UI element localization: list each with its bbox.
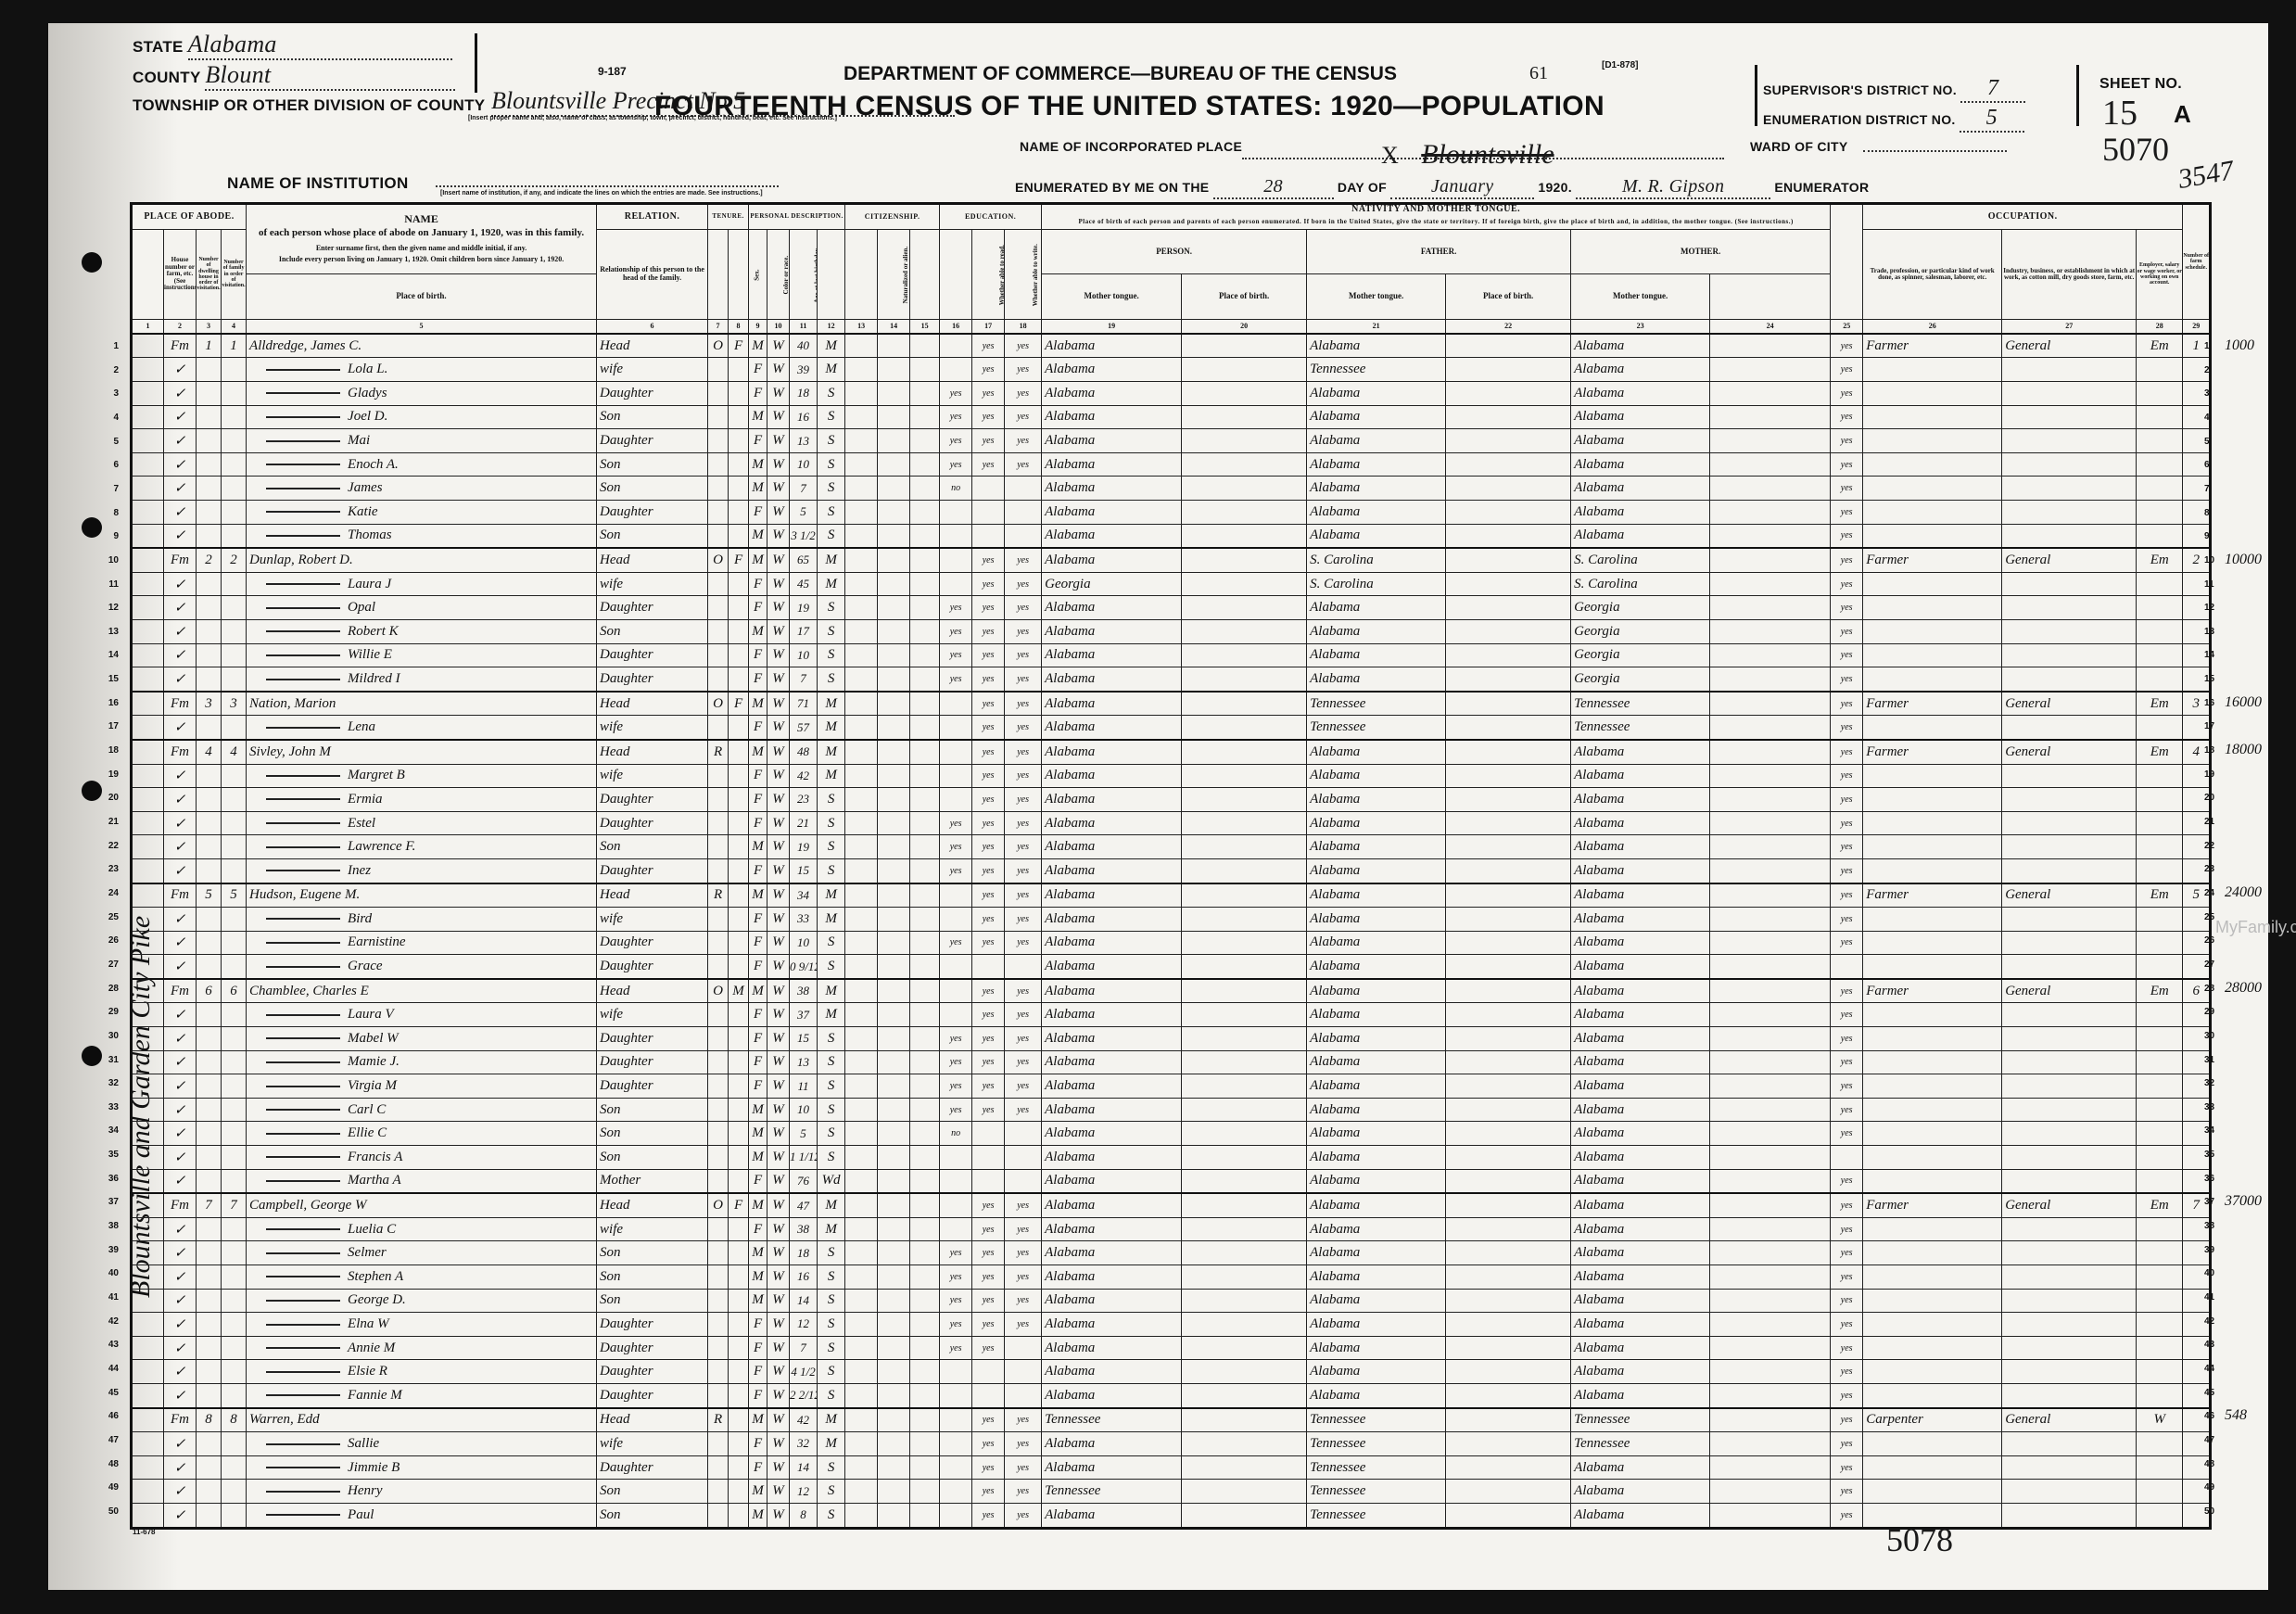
person-birthplace-cell: Alabama — [1042, 1503, 1182, 1528]
name-cell: Francis A — [247, 1146, 597, 1170]
mother-tongue-cell — [1710, 1241, 1831, 1265]
naturalization-year-cell — [910, 858, 940, 883]
home-owned-cell — [708, 1336, 729, 1360]
naturalized-cell — [878, 1503, 910, 1528]
age-cell: 0 9/12 — [790, 955, 818, 979]
industry-cell — [2002, 667, 2137, 692]
col15-header: If naturalized, year of naturalization. — [910, 229, 940, 319]
state-field: STATE Alabama — [133, 31, 480, 60]
person-tongue-cell — [1182, 835, 1307, 859]
marital-status-cell: M — [818, 883, 845, 908]
speak-english-cell: yes — [1831, 716, 1863, 740]
father-tongue-cell — [1446, 619, 1571, 643]
read-cell: yes — [972, 883, 1005, 908]
mother-birthplace-cell: Alabama — [1571, 883, 1710, 908]
employer-class-cell — [2137, 1360, 2183, 1384]
given-name: Sallie — [348, 1436, 379, 1451]
line-number: 33 — [93, 1102, 119, 1112]
industry-cell — [2002, 1455, 2137, 1480]
naturalized-cell — [878, 1122, 910, 1146]
father-tongue-cell — [1446, 524, 1571, 548]
marital-status-cell: S — [818, 931, 845, 955]
sex-cell: F — [749, 501, 767, 525]
street-cell — [132, 835, 164, 859]
write-cell — [1005, 1169, 1042, 1193]
line-number-right: 33 — [2204, 1102, 2214, 1112]
line-number: 38 — [93, 1221, 119, 1231]
house-number-cell: ✓ — [164, 764, 197, 788]
sex-cell: M — [749, 1503, 767, 1528]
name-cell: Lena — [247, 716, 597, 740]
write-cell: yes — [1005, 572, 1042, 596]
mother-birthplace-cell: Alabama — [1571, 1193, 1710, 1217]
father-tongue-cell — [1446, 1217, 1571, 1241]
person-tongue-cell — [1182, 501, 1307, 525]
read-cell: yes — [972, 1289, 1005, 1313]
mother-birthplace-cell: Alabama — [1571, 1146, 1710, 1170]
speak-english-cell: yes — [1831, 1480, 1863, 1504]
age-cell: 48 — [790, 740, 818, 764]
ditto-dash — [266, 1133, 340, 1135]
line-number: 10 — [93, 555, 119, 566]
person-birthplace-cell: Alabama — [1042, 811, 1182, 835]
column-number: 5 — [247, 319, 597, 334]
mortgage-cell — [729, 858, 749, 883]
naturalized-cell — [878, 1265, 910, 1290]
mother-birthplace-cell: Alabama — [1571, 788, 1710, 812]
father-tongue-cell — [1446, 1122, 1571, 1146]
line-number-right: 16 — [2204, 698, 2214, 708]
naturalized-cell — [878, 382, 910, 406]
sex-cell: M — [749, 524, 767, 548]
home-owned-cell — [708, 1050, 729, 1074]
mother-birthplace-cell: Alabama — [1571, 405, 1710, 429]
sex-cell: M — [749, 692, 767, 716]
father-birthplace-cell: Alabama — [1307, 429, 1446, 453]
home-owned-cell — [708, 524, 729, 548]
mother-tongue-cell — [1710, 1169, 1831, 1193]
house-number-cell: ✓ — [164, 477, 197, 501]
naturalization-year-cell — [910, 1432, 940, 1456]
relation-cell: wife — [597, 716, 708, 740]
trade-cell: Farmer — [1863, 883, 2002, 908]
mother-tongue-cell — [1710, 692, 1831, 716]
speak-english-cell: yes — [1831, 1336, 1863, 1360]
home-owned-cell — [708, 716, 729, 740]
family-number-cell — [222, 1050, 247, 1074]
ditto-dash — [266, 1037, 340, 1039]
line-number-right: 3 — [2204, 388, 2210, 399]
dwelling-number-cell — [197, 1480, 222, 1504]
school-cell: yes — [940, 1241, 972, 1265]
employer-class-cell — [2137, 596, 2183, 620]
race-cell: W — [767, 1003, 790, 1027]
employer-class-cell — [2137, 619, 2183, 643]
family-number-cell — [222, 811, 247, 835]
line-number-right: 15 — [2204, 674, 2214, 684]
given-name: Mabel W — [348, 1031, 399, 1046]
ditto-dash — [266, 798, 340, 800]
naturalized-cell — [878, 452, 910, 477]
marital-status-cell: S — [818, 1455, 845, 1480]
mortgage-cell — [729, 1169, 749, 1193]
naturalization-year-cell — [910, 811, 940, 835]
house-number-cell: ✓ — [164, 1360, 197, 1384]
person-tongue-cell — [1182, 858, 1307, 883]
marital-status-cell: S — [818, 1383, 845, 1407]
line-number: 2 — [93, 365, 119, 375]
read-cell: yes — [972, 596, 1005, 620]
family-number-cell: 4 — [222, 740, 247, 764]
mortgage-cell: M — [729, 979, 749, 1003]
line-number-right: 34 — [2204, 1125, 2214, 1136]
marital-status-cell: S — [818, 811, 845, 835]
institution-hint: [Insert name of institution, if any, and… — [440, 190, 763, 197]
mortgage-cell — [729, 931, 749, 955]
person-tongue-cell — [1182, 931, 1307, 955]
mother-tongue-cell — [1710, 1455, 1831, 1480]
given-name: Martha A — [348, 1173, 401, 1188]
school-cell — [940, 524, 972, 548]
race-cell: W — [767, 334, 790, 358]
marital-status-cell: S — [818, 1098, 845, 1122]
street-cell — [132, 1408, 164, 1432]
home-owned-cell — [708, 1360, 729, 1384]
ditto-dash — [266, 1371, 340, 1373]
speak-english-cell: yes — [1831, 979, 1863, 1003]
mother-tongue-cell — [1710, 1193, 1831, 1217]
relation-cell: Son — [597, 1098, 708, 1122]
family-number-cell — [222, 1169, 247, 1193]
dwelling-number-cell: 3 — [197, 692, 222, 716]
naturalized-cell — [878, 1146, 910, 1170]
ditto-dash — [266, 1180, 340, 1182]
trade-cell — [1863, 835, 2002, 859]
family-number-cell — [222, 667, 247, 692]
race-cell: W — [767, 1241, 790, 1265]
race-cell: W — [767, 1455, 790, 1480]
family-number-cell — [222, 1313, 247, 1337]
given-name: Mai — [348, 433, 370, 448]
house-number-cell: Fm — [164, 1408, 197, 1432]
naturalization-year-cell — [910, 1098, 940, 1122]
industry-cell — [2002, 1289, 2137, 1313]
employer-class-cell — [2137, 1074, 2183, 1099]
dwelling-number-cell — [197, 811, 222, 835]
father-tongue-cell — [1446, 1408, 1571, 1432]
person-tongue-cell — [1182, 1003, 1307, 1027]
write-cell — [1005, 501, 1042, 525]
trade-cell — [1863, 764, 2002, 788]
person-tongue-cell — [1182, 764, 1307, 788]
margin-annotation: 24000 — [2225, 884, 2262, 901]
immigration-year-cell — [845, 1074, 878, 1099]
sex-cell: F — [749, 1050, 767, 1074]
mother-tongue-cell — [1710, 382, 1831, 406]
father-tongue-cell — [1446, 358, 1571, 382]
write-cell: yes — [1005, 1503, 1042, 1528]
ditto-dash — [266, 1276, 340, 1277]
supervisor-value: 7 — [1960, 76, 2025, 103]
street-cell — [132, 1003, 164, 1027]
family-number-cell — [222, 524, 247, 548]
name-cell: Elsie R — [247, 1360, 597, 1384]
given-name: Paul — [348, 1507, 374, 1522]
race-cell: W — [767, 835, 790, 859]
home-owned-cell — [708, 619, 729, 643]
father-tongue-cell — [1446, 643, 1571, 667]
line-number-right: 27 — [2204, 960, 2214, 970]
person-birthplace-cell: Alabama — [1042, 1336, 1182, 1360]
speak-english-cell: yes — [1831, 619, 1863, 643]
school-cell: yes — [940, 931, 972, 955]
enumerator-name: M. R. Gipson — [1576, 176, 1770, 199]
family-number-cell: 1 — [222, 334, 247, 358]
school-cell — [940, 1169, 972, 1193]
ed-label: ENUMERATION DISTRICT NO. — [1763, 112, 1956, 127]
school-cell — [940, 1217, 972, 1241]
family-number-cell — [222, 1098, 247, 1122]
age-cell: 65 — [790, 548, 818, 572]
naturalization-year-cell — [910, 572, 940, 596]
table-row: Fm44Sivley, John MHeadRMW48MyesyesAlabam… — [132, 740, 2211, 764]
relation-cell: Son — [597, 1146, 708, 1170]
given-name: Selmer — [348, 1245, 387, 1260]
immigration-year-cell — [845, 908, 878, 932]
father-birthplace-cell: Alabama — [1307, 334, 1446, 358]
read-cell — [972, 1169, 1005, 1193]
father-birthplace-cell: Alabama — [1307, 477, 1446, 501]
home-owned-cell — [708, 405, 729, 429]
race-cell: W — [767, 1360, 790, 1384]
mother-birthplace-cell: Alabama — [1571, 1383, 1710, 1407]
line-number-right: 41 — [2204, 1292, 2214, 1303]
name-cell: Ermia — [247, 788, 597, 812]
industry-cell — [2002, 858, 2137, 883]
sex-cell: F — [749, 1383, 767, 1407]
county-value: Blount — [205, 61, 455, 91]
margin-annotation: 10000 — [2225, 552, 2262, 568]
person-tongue-cell — [1182, 429, 1307, 453]
given-name: Gladys — [348, 386, 387, 400]
street-cell — [132, 716, 164, 740]
employer-class-cell: Em — [2137, 979, 2183, 1003]
read-cell: yes — [972, 548, 1005, 572]
person-birthplace-cell: Georgia — [1042, 572, 1182, 596]
marital-status-cell: M — [818, 692, 845, 716]
house-number-cell: ✓ — [164, 1265, 197, 1290]
person-tongue-cell — [1182, 883, 1307, 908]
person-birthplace-cell: Alabama — [1042, 452, 1182, 477]
speak-english-cell: yes — [1831, 1027, 1863, 1051]
col28-header: Employer, salary or wage worker, or work… — [2137, 229, 2183, 319]
mortgage-cell — [729, 1003, 749, 1027]
relation-cell: Daughter — [597, 858, 708, 883]
mother-tongue-cell — [1710, 1480, 1831, 1504]
dwelling-number-cell: 7 — [197, 1193, 222, 1217]
name-cell: Jimmie B — [247, 1455, 597, 1480]
employer-class-cell — [2137, 1503, 2183, 1528]
street-cell — [132, 788, 164, 812]
employer-class-cell — [2137, 477, 2183, 501]
family-number-cell — [222, 1146, 247, 1170]
sex-cell: F — [749, 667, 767, 692]
table-row: ✓OpalDaughterFW19SyesyesyesAlabamaAlabam… — [132, 596, 2211, 620]
sex-cell: F — [749, 1360, 767, 1384]
father-birthplace-cell: Alabama — [1307, 835, 1446, 859]
naturalization-year-cell — [910, 1336, 940, 1360]
speak-english-cell: yes — [1831, 667, 1863, 692]
person-tongue-cell — [1182, 1432, 1307, 1456]
street-cell — [132, 764, 164, 788]
line-number: 13 — [93, 627, 119, 637]
age-cell: 12 — [790, 1313, 818, 1337]
mother-tongue-cell — [1710, 1027, 1831, 1051]
speak-english-cell: yes — [1831, 1050, 1863, 1074]
column-number: 29 — [2183, 319, 2211, 334]
speak-english-cell: yes — [1831, 1408, 1863, 1432]
family-number-cell — [222, 1432, 247, 1456]
home-owned-cell — [708, 1289, 729, 1313]
employer-class-cell — [2137, 1003, 2183, 1027]
mother-birthplace-cell: Alabama — [1571, 1313, 1710, 1337]
naturalization-year-cell — [910, 477, 940, 501]
person-tongue-cell — [1182, 643, 1307, 667]
table-row: ✓Enoch A.SonMW10SyesyesyesAlabamaAlabama… — [132, 452, 2211, 477]
speak-english-cell: yes — [1831, 1241, 1863, 1265]
ditto-dash — [266, 1467, 340, 1468]
industry-cell: General — [2002, 1408, 2137, 1432]
immigration-year-cell — [845, 477, 878, 501]
write-cell: yes — [1005, 1074, 1042, 1099]
trade-cell — [1863, 1122, 2002, 1146]
immigration-year-cell — [845, 1265, 878, 1290]
line-number: 14 — [93, 650, 119, 660]
read-cell — [972, 1360, 1005, 1384]
dwelling-number-cell — [197, 596, 222, 620]
form-number: 9-187 — [598, 65, 627, 78]
marital-status-cell: S — [818, 1241, 845, 1265]
race-cell: W — [767, 931, 790, 955]
school-cell — [940, 692, 972, 716]
employer-class-cell — [2137, 1169, 2183, 1193]
school-cell: yes — [940, 1265, 972, 1290]
father-tongue-cell — [1446, 1432, 1571, 1456]
immigration-year-cell — [845, 1027, 878, 1051]
father-tongue-cell — [1446, 931, 1571, 955]
school-cell — [940, 1432, 972, 1456]
home-owned-cell — [708, 477, 729, 501]
ward-label: WARD OF CITY — [1750, 139, 1847, 154]
employer-class-cell — [2137, 643, 2183, 667]
speak-english-cell: yes — [1831, 1169, 1863, 1193]
write-cell — [1005, 1146, 1042, 1170]
father-tongue-cell — [1446, 1313, 1571, 1337]
family-number-cell — [222, 1265, 247, 1290]
house-number-cell: ✓ — [164, 858, 197, 883]
table-row: ✓EarnistineDaughterFW10SyesyesyesAlabama… — [132, 931, 2211, 955]
name-cell: Hudson, Eugene M. — [247, 883, 597, 908]
write-cell: yes — [1005, 1408, 1042, 1432]
father-birthplace-cell: Tennessee — [1307, 1480, 1446, 1504]
trade-cell — [1863, 452, 2002, 477]
naturalization-year-cell — [910, 382, 940, 406]
read-cell — [972, 477, 1005, 501]
marital-status-cell: S — [818, 501, 845, 525]
line-number-right: 8 — [2204, 508, 2210, 518]
read-cell: yes — [972, 1003, 1005, 1027]
dwelling-number-cell — [197, 1313, 222, 1337]
name-cell: Lawrence F. — [247, 835, 597, 859]
line-number: 17 — [93, 721, 119, 731]
house-number-cell: ✓ — [164, 1241, 197, 1265]
form-code: [D1-878] — [1602, 60, 1638, 70]
line-number-right: 38 — [2204, 1221, 2214, 1231]
dwelling-number-cell — [197, 835, 222, 859]
given-name: Henry — [348, 1483, 383, 1498]
line-number-right: 9 — [2204, 531, 2210, 541]
dwelling-number-cell — [197, 788, 222, 812]
column-number-row: 1234567891011121314151617181920212223242… — [132, 319, 2211, 334]
table-row: ✓Annie MDaughterFW7SyesyesAlabamaAlabama… — [132, 1336, 2211, 1360]
column-number: 19 — [1042, 319, 1182, 334]
speak-english-cell: yes — [1831, 358, 1863, 382]
race-cell: W — [767, 572, 790, 596]
read-cell: yes — [972, 1193, 1005, 1217]
home-owned-cell — [708, 1503, 729, 1528]
naturalization-year-cell — [910, 452, 940, 477]
relation-cell: Son — [597, 452, 708, 477]
home-owned-cell — [708, 1027, 729, 1051]
write-cell: yes — [1005, 931, 1042, 955]
immigration-year-cell — [845, 1455, 878, 1480]
mother-tongue-cell — [1710, 405, 1831, 429]
trade-cell — [1863, 1098, 2002, 1122]
street-cell — [132, 405, 164, 429]
industry-cell — [2002, 524, 2137, 548]
father-tongue-cell — [1446, 1480, 1571, 1504]
naturalized-cell — [878, 811, 910, 835]
immigration-year-cell — [845, 596, 878, 620]
sex-cell: F — [749, 572, 767, 596]
home-owned-cell — [708, 572, 729, 596]
sex-cell: F — [749, 1432, 767, 1456]
year: 1920. — [1538, 180, 1572, 195]
naturalization-year-cell — [910, 1169, 940, 1193]
given-name: Carl C — [348, 1102, 386, 1117]
mother-birthplace-cell: Alabama — [1571, 1360, 1710, 1384]
marital-status-cell: Wd — [818, 1169, 845, 1193]
group-place-of-abode: PLACE OF ABODE. — [132, 204, 247, 230]
father-tongue-cell — [1446, 334, 1571, 358]
ditto-dash — [266, 1514, 340, 1516]
father-tongue-cell — [1446, 1455, 1571, 1480]
relation-cell: Mother — [597, 1169, 708, 1193]
family-number-cell — [222, 1383, 247, 1407]
line-number: 49 — [93, 1482, 119, 1493]
industry-cell: General — [2002, 334, 2137, 358]
mortgage-cell — [729, 1098, 749, 1122]
col7-header: Home owned or rented. — [708, 229, 729, 319]
father-birthplace-cell: Alabama — [1307, 908, 1446, 932]
father-birthplace-cell: Alabama — [1307, 1313, 1446, 1337]
person-tongue-cell — [1182, 1265, 1307, 1290]
line-number-right: 42 — [2204, 1316, 2214, 1327]
relation-cell: Son — [597, 835, 708, 859]
dwelling-number-cell — [197, 643, 222, 667]
father-birthplace-cell: Alabama — [1307, 1217, 1446, 1241]
speak-english-cell: yes — [1831, 452, 1863, 477]
